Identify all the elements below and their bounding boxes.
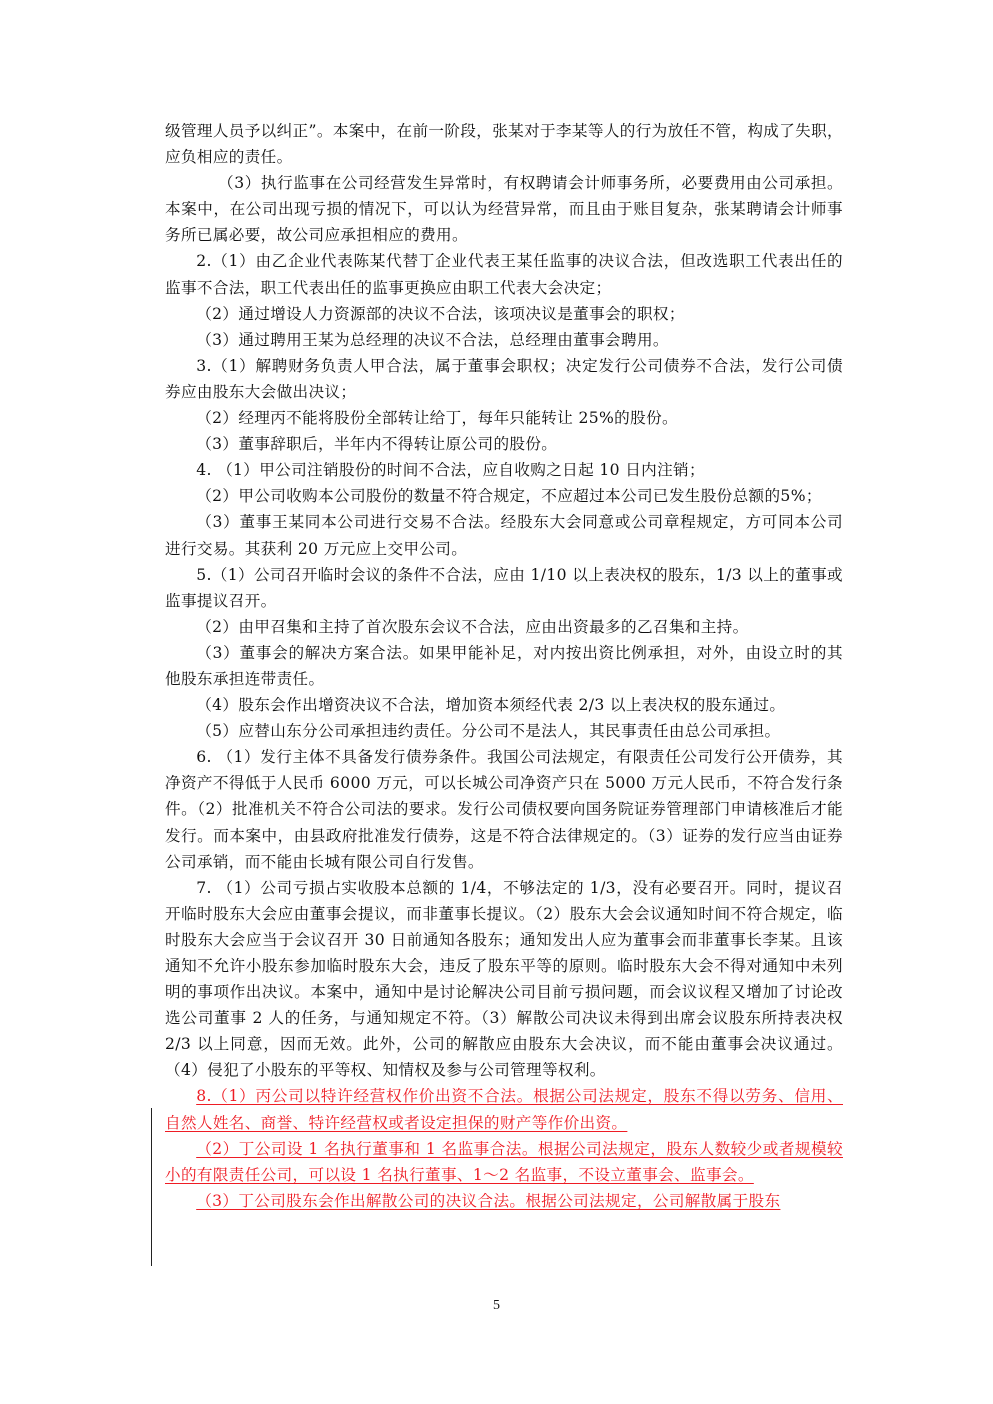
paragraph-5-2: （2）由甲召集和主持了首次股东会议不合法，应由出资最多的乙召集和主持。 bbox=[165, 614, 843, 640]
paragraph-continuation: 级管理人员予以纠正”。本案中，在前一阶段，张某对于李某等人的行为放任不管，构成了… bbox=[165, 118, 843, 170]
paragraph-5-5: （5）应替山东分公司承担违约责任。分公司不是法人，其民事责任由总公司承担。 bbox=[165, 718, 843, 744]
paragraph-1-3: （3）执行监事在公司经营发生异常时，有权聘请会计师事务所，必要费用由公司承担。本… bbox=[165, 170, 843, 248]
paragraph-2-3: （3）通过聘用王某为总经理的决议不合法，总经理由董事会聘用。 bbox=[165, 327, 843, 353]
paragraph-3-2: （2）经理丙不能将股份全部转让给丁，每年只能转让 25%的股份。 bbox=[165, 405, 843, 431]
paragraph-4-3: （3）董事王某同本公司进行交易不合法。经股东大会同意或公司章程规定，方可同本公司… bbox=[165, 509, 843, 561]
paragraph-2-2: （2）通过增设人力资源部的决议不合法，该项决议是董事会的职权； bbox=[165, 301, 843, 327]
revised-paragraph-8-1: 8.（1）丙公司以特许经营权作价出资不合法。根据公司法规定，股东不得以劳务、信用… bbox=[165, 1083, 843, 1135]
paragraph-4-2: （2）甲公司收购本公司股份的数量不符合规定，不应超过本公司已发生股份总额的5%； bbox=[165, 483, 843, 509]
revision-change-bar bbox=[151, 1108, 152, 1266]
revised-paragraph-8-2: （2）丁公司设 1 名执行董事和 1 名监事合法。根据公司法规定，股东人数较少或… bbox=[165, 1136, 843, 1188]
paragraph-5-4: （4）股东会作出增资决议不合法，增加资本须经代表 2/3 以上表决权的股东通过。 bbox=[165, 692, 843, 718]
revised-paragraph-8-3: （3）丁公司股东会作出解散公司的决议合法。根据公司法规定，公司解散属于股东 bbox=[165, 1188, 843, 1214]
paragraph-4-1: 4. （1）甲公司注销股份的时间不合法，应自收购之日起 10 日内注销； bbox=[165, 457, 843, 483]
body-text: 级管理人员予以纠正”。本案中，在前一阶段，张某对于李某等人的行为放任不管，构成了… bbox=[165, 118, 843, 1214]
paragraph-6: 6. （1）发行主体不具备发行债券条件。我国公司法规定，有限责任公司发行公开债券… bbox=[165, 744, 843, 874]
paragraph-3-3: （3）董事辞职后，半年内不得转让原公司的股份。 bbox=[165, 431, 843, 457]
paragraph-7: 7. （1）公司亏损占实收股本总额的 1/4，不够法定的 1/3，没有必要召开。… bbox=[165, 875, 843, 1084]
page-number: 5 bbox=[0, 1298, 993, 1314]
paragraph-5-1: 5.（1）公司召开临时会议的条件不合法，应由 1/10 以上表决权的股东，1/3… bbox=[165, 562, 843, 614]
paragraph-5-3: （3）董事会的解决方案合法。如果甲能补足，对内按出资比例承担，对外，由设立时的其… bbox=[165, 640, 843, 692]
paragraph-2-1: 2.（1）由乙企业代表陈某代替丁企业代表王某任监事的决议合法，但改选职工代表出任… bbox=[165, 248, 843, 300]
document-page: 级管理人员予以纠正”。本案中，在前一阶段，张某对于李某等人的行为放任不管，构成了… bbox=[0, 0, 993, 1404]
paragraph-3-1: 3.（1）解聘财务负责人甲合法，属于董事会职权；决定发行公司债券不合法，发行公司… bbox=[165, 353, 843, 405]
